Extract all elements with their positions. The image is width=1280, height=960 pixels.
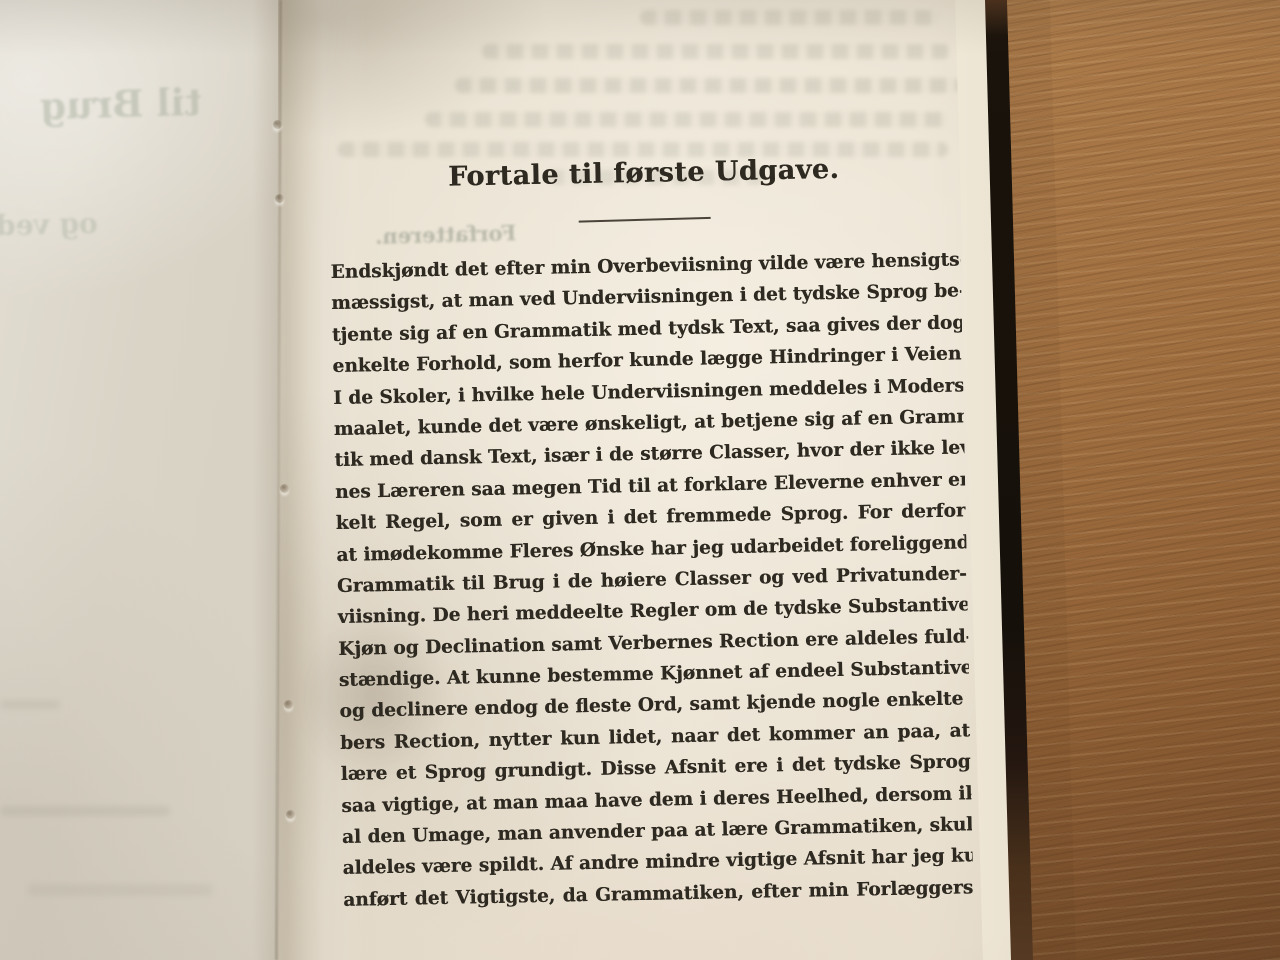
fold-nick <box>286 810 295 819</box>
fold-nick <box>280 484 289 493</box>
heading-divider-rule <box>579 217 711 223</box>
left-page-show-through-sub: og ved <box>0 207 98 243</box>
show-through-line <box>640 10 940 25</box>
left-page <box>0 0 281 960</box>
left-page-show-through-title: til Brug <box>39 80 202 128</box>
fold-nick <box>275 194 284 203</box>
page-content: Fortale til første Udgave. Endskjøndt de… <box>328 145 973 916</box>
paper-smudge <box>0 700 60 709</box>
page-heading: Fortale til første Udgave. <box>329 151 959 195</box>
fold-nick <box>284 700 293 709</box>
body-text: Endskjøndt det efter min Overbeviisning … <box>330 244 973 916</box>
show-through-line <box>425 112 947 127</box>
book-photo: Forfatteren. til Brug og ved Fortale til… <box>0 0 1280 960</box>
paper-smudge <box>0 806 170 816</box>
fold-nick <box>273 120 282 129</box>
paper-smudge <box>28 884 213 896</box>
show-through-line <box>482 44 950 59</box>
show-through-line <box>455 78 960 93</box>
